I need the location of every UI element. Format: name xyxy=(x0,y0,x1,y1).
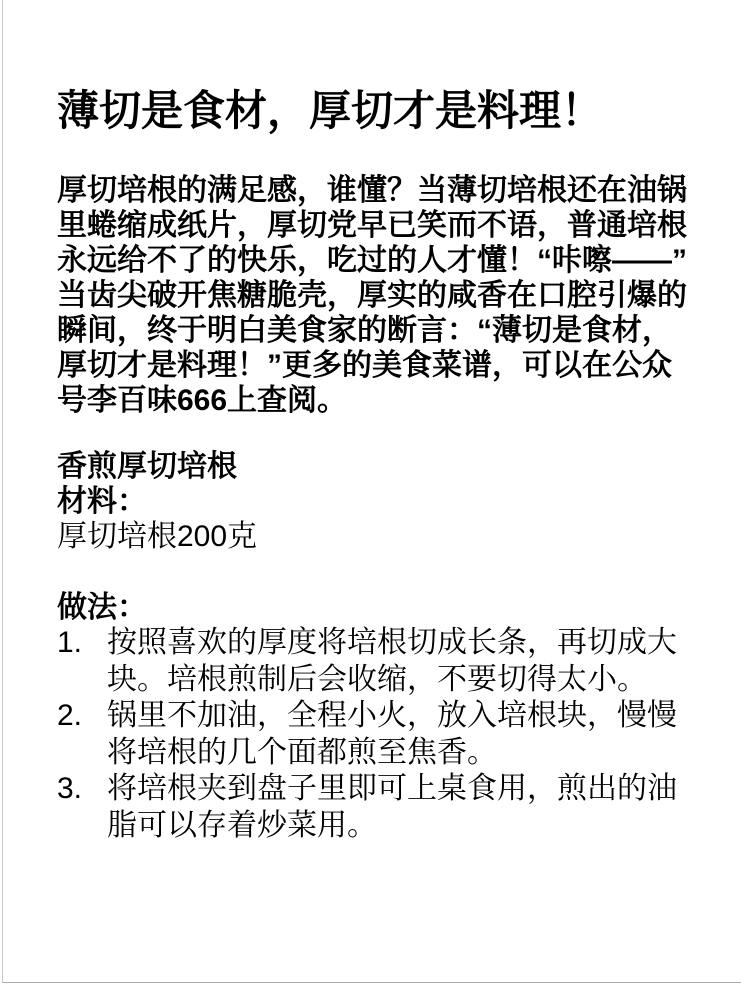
intro-paragraph: 厚切培根的满足感，谁懂？当薄切培根还在油锅 里蜷缩成纸片，厚切党早已笑而不语，普… xyxy=(57,173,693,418)
ingredient-line: 厚切培根200克 xyxy=(57,519,693,554)
materials-label: 材料： xyxy=(57,484,693,519)
article-title: 薄切是食材，厚切才是料理！ xyxy=(57,87,693,135)
step-number: 2. xyxy=(57,698,107,735)
document-viewport: 薄切是食材，厚切才是料理！ 厚切培根的满足感，谁懂？当薄切培根还在油锅 里蜷缩成… xyxy=(0,0,741,986)
step-item: 3. 将培根夹到盘子里即可上桌食用，煎出的油 脂可以存着炒菜用。 xyxy=(57,771,693,844)
step-number: 1. xyxy=(57,625,107,662)
document-page: 薄切是食材，厚切才是料理！ 厚切培根的满足感，谁懂？当薄切培根还在油锅 里蜷缩成… xyxy=(2,0,741,983)
step-text: 按照喜欢的厚度将培根切成长条，再切成大 块。培根煎制后会收缩，不要切得太小。 xyxy=(107,625,693,698)
steps-list: 1. 按照喜欢的厚度将培根切成长条，再切成大 块。培根煎制后会收缩，不要切得太小… xyxy=(57,625,693,844)
step-text: 将培根夹到盘子里即可上桌食用，煎出的油 脂可以存着炒菜用。 xyxy=(107,771,693,844)
step-item: 2. 锅里不加油，全程小火，放入培根块，慢慢 将培根的几个面都煎至焦香。 xyxy=(57,698,693,771)
recipe-header: 香煎厚切培根 材料： 厚切培根200克 xyxy=(57,449,693,554)
step-text: 锅里不加油，全程小火，放入培根块，慢慢 将培根的几个面都煎至焦香。 xyxy=(107,698,693,771)
steps-label: 做法： xyxy=(57,590,693,625)
step-number: 3. xyxy=(57,771,107,808)
step-item: 1. 按照喜欢的厚度将培根切成长条，再切成大 块。培根煎制后会收缩，不要切得太小… xyxy=(57,625,693,698)
recipe-name: 香煎厚切培根 xyxy=(57,449,693,484)
